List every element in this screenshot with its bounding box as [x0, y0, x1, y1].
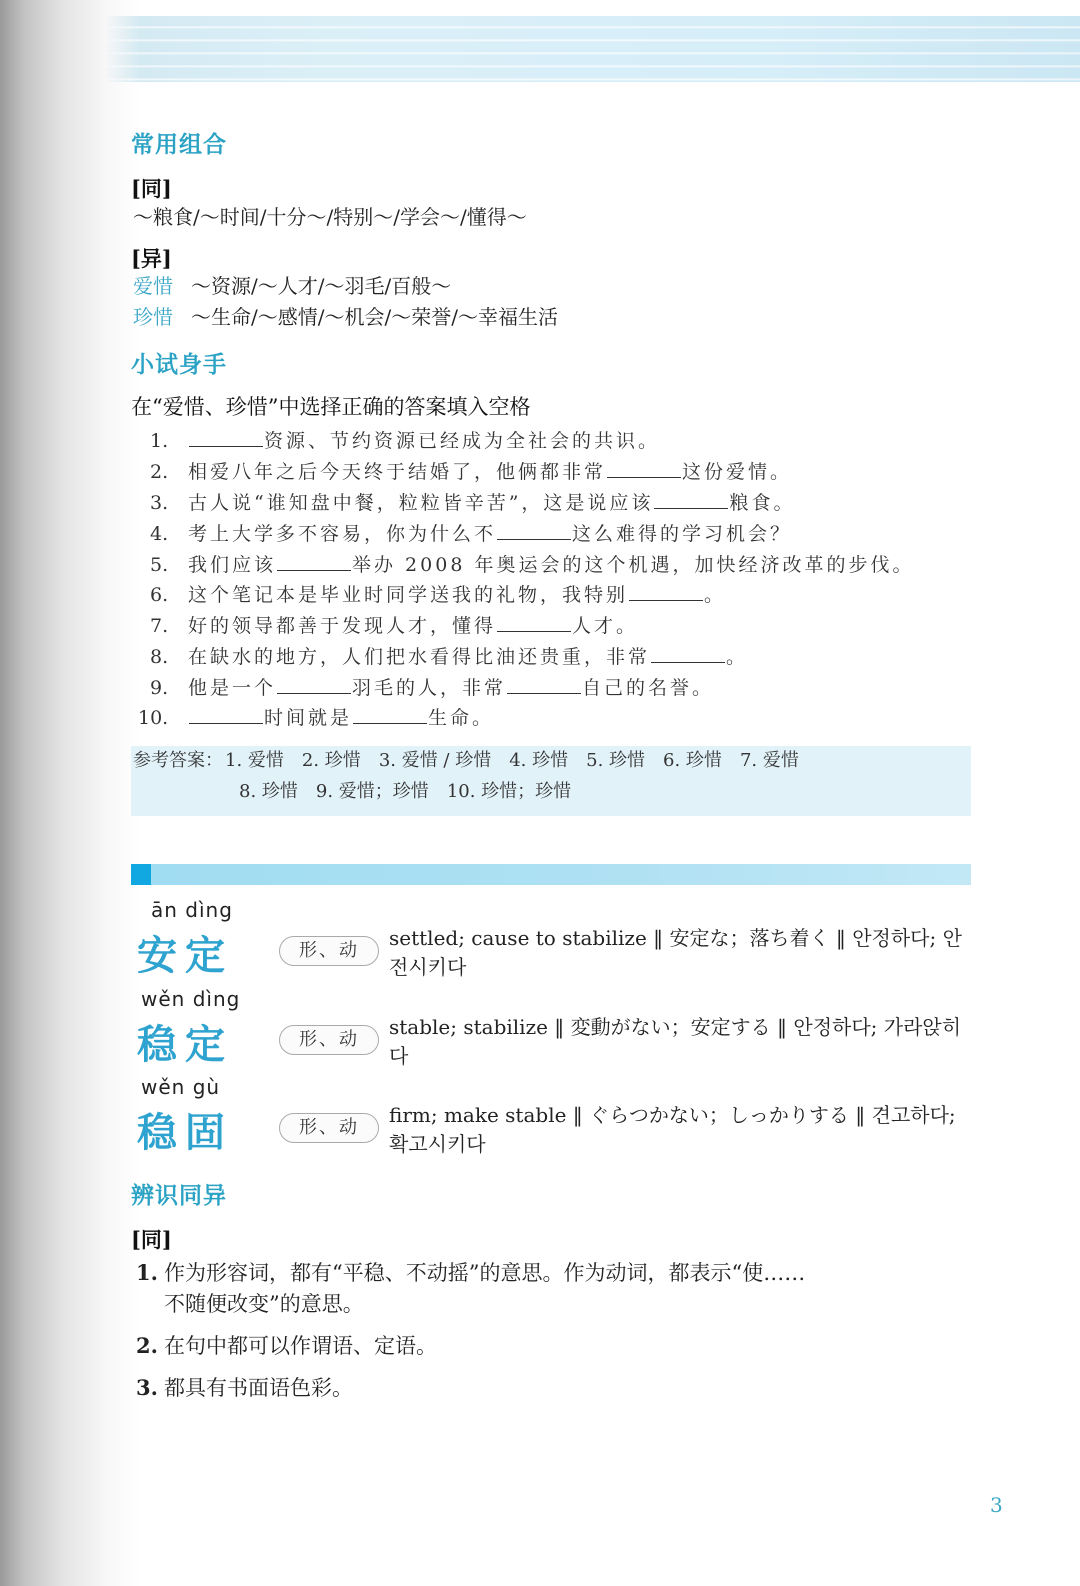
pinyin: wěn dìng: [141, 987, 240, 1011]
distinguish-point-1: 1.作为形容词，都有“平稳、不动摇”的意思。作为动词，都表示“使…… 不随便改变…: [136, 1257, 966, 1320]
blank[interactable]: [189, 708, 263, 724]
heading-common-combinations: 常用组合: [131, 126, 227, 159]
vocab-entry-anding: ān dìng 安定 形、动 settled; cause to stabili…: [131, 898, 981, 988]
section-divider-bar: [131, 864, 971, 885]
answer-line-2: 8. 珍惜9. 爱惜；珍惜10. 珍惜；珍惜: [239, 777, 589, 803]
answer-label: 参考答案：: [133, 750, 223, 771]
answer-line-1: 参考答案：1. 爱惜2. 珍惜3. 爱惜 / 珍惜4. 珍惜5. 珍惜6. 珍惜…: [133, 746, 817, 772]
blank[interactable]: [277, 555, 351, 571]
exercise-10: 10.时间就是生命。: [150, 703, 494, 730]
exercise-1: 1.资源、节约资源已经成为全社会的共识。: [150, 426, 660, 453]
blank[interactable]: [497, 524, 571, 540]
answer-key-box: 参考答案：1. 爱惜2. 珍惜3. 爱惜 / 珍惜4. 珍惜5. 珍惜6. 珍惜…: [131, 746, 971, 816]
blank[interactable]: [507, 678, 581, 694]
exercise-6: 6.这个笔记本是毕业时同学送我的礼物，我特别。: [150, 580, 726, 607]
vocab-entry-wending: wěn dìng 稳定 形、动 stable; stabilize ‖ 変動がな…: [131, 987, 981, 1077]
distinguish-point-2: 2.在句中都可以作谓语、定语。: [136, 1330, 966, 1362]
label-same: [同]: [131, 173, 172, 203]
word-zhenxi: 珍惜: [133, 301, 191, 330]
exercise-3: 3.古人说“谁知盘中餐，粒粒皆辛苦”，这是说应该粮食。: [150, 488, 795, 515]
gloss: settled; cause to stabilize ‖ 安定な；落ち着く ‖…: [389, 924, 969, 982]
part-of-speech-badge: 形、动: [279, 1113, 379, 1143]
part-of-speech-badge: 形、动: [279, 936, 379, 966]
practice-instruction: 在“爱惜、珍惜”中选择正确的答案填入空格: [131, 391, 530, 421]
exercise-2: 2.相爱八年之后今天终于结婚了，他俩都非常这份爱情。: [150, 457, 792, 484]
hanzi-headword: 稳定: [137, 1013, 233, 1070]
distinguish-point-3: 3.都具有书面语色彩。: [136, 1372, 966, 1404]
vocab-entry-wengu: wěn gù 稳固 形、动 firm; make stable ‖ ぐらつかない…: [131, 1075, 981, 1165]
diff-item-zhenxi: 珍惜～生命/～感情/～机会/～荣誉/～幸福生活: [133, 301, 558, 330]
blank[interactable]: [629, 585, 703, 601]
blank[interactable]: [353, 708, 427, 724]
blank[interactable]: [189, 431, 263, 447]
heading-practice: 小试身手: [131, 346, 227, 379]
hanzi-headword: 稳固: [137, 1101, 233, 1158]
section-bar-marker: [131, 864, 151, 885]
hanzi-headword: 安定: [137, 924, 233, 981]
textbook-page: 常用组合 [同] ～粮食/～时间/十分～/特别～/学会～/懂得～ [异] 爱惜～…: [0, 0, 1080, 1586]
pinyin: wěn gù: [141, 1075, 220, 1099]
blank[interactable]: [497, 616, 571, 632]
diff-item-aixi: 爱惜～资源/～人才/～羽毛/百般～: [133, 270, 451, 299]
label-diff: [异]: [131, 243, 172, 273]
exercise-7: 7.好的领导都善于发现人才，懂得人才。: [150, 611, 638, 638]
gloss: firm; make stable ‖ ぐらつかない；しっかりする ‖ 견고하다…: [389, 1101, 969, 1159]
exercise-4: 4.考上大学多不容易，你为什么不这么难得的学习机会？: [150, 519, 792, 546]
exercise-8: 8.在缺水的地方，人们把水看得比油还贵重，非常。: [150, 642, 748, 669]
blank[interactable]: [607, 462, 681, 478]
exercise-5: 5.我们应该举办 2008 年奥运会的这个机遇，加快经济改革的步伐。: [150, 550, 914, 577]
word-aixi: 爱惜: [133, 270, 191, 299]
blank[interactable]: [277, 678, 351, 694]
pinyin: ān dìng: [151, 898, 233, 922]
gloss: stable; stabilize ‖ 変動がない；安定する ‖ 안정하다; 가…: [389, 1013, 969, 1071]
combos-zhenxi: ～生命/～感情/～机会/～荣誉/～幸福生活: [191, 305, 558, 329]
page-number: 3: [990, 1493, 1003, 1517]
heading-distinguish: 辨识同异: [131, 1177, 227, 1210]
blank[interactable]: [651, 647, 725, 663]
same-combinations-line: ～粮食/～时间/十分～/特别～/学会～/懂得～: [133, 201, 527, 230]
part-of-speech-badge: 形、动: [279, 1025, 379, 1055]
blank[interactable]: [654, 493, 728, 509]
combos-aixi: ～资源/～人才/～羽毛/百般～: [191, 274, 451, 298]
label-same-2: [同]: [131, 1224, 172, 1254]
exercise-9: 9.他是一个羽毛的人，非常自己的名誉。: [150, 673, 714, 700]
